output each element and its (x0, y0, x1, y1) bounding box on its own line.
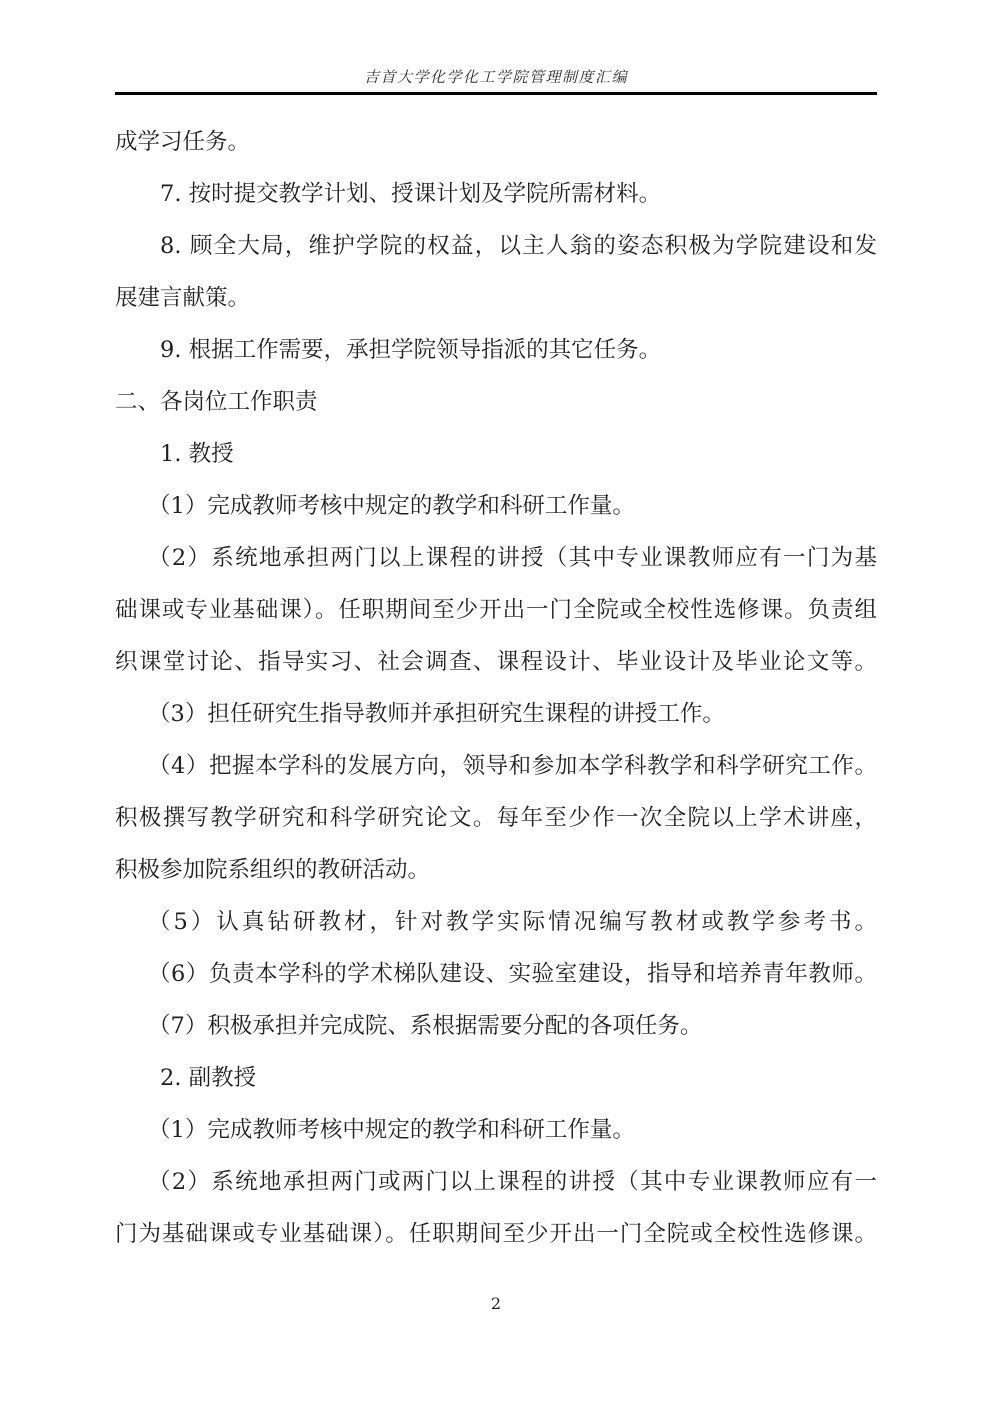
text-line: （5）认真钻研教材，针对教学实际情况编写教材或教学参考书。 (115, 896, 877, 948)
text-line: 门为基础课或专业基础课）。任职期间至少开出一门全院或全校性选修课。 (115, 1208, 877, 1260)
text-line: 2. 副教授 (115, 1052, 877, 1104)
text-line: 7. 按时提交教学计划、授课计划及学院所需材料。 (115, 168, 877, 220)
text-line: 织课堂讨论、指导实习、社会调查、课程设计、毕业设计及毕业论文等。 (115, 636, 877, 688)
document-page: 吉首大学化学化工学院管理制度汇编 成学习任务。7. 按时提交教学计划、授课计划及… (0, 0, 992, 1403)
text-line: 8. 顾全大局，维护学院的权益，以主人翁的姿态积极为学院建设和发 (115, 220, 877, 272)
page-footer: 2 (0, 1294, 992, 1313)
text-line: （4）把握本学科的发展方向，领导和参加本学科教学和科学研究工作。 (115, 740, 877, 792)
text-line: （7）积极承担并完成院、系根据需要分配的各项任务。 (115, 1000, 877, 1052)
text-line: （1）完成教师考核中规定的教学和科研工作量。 (115, 480, 877, 532)
text-line: 积极参加院系组织的教研活动。 (115, 844, 877, 896)
header-title: 吉首大学化学化工学院管理制度汇编 (0, 66, 992, 87)
text-line: （2）系统地承担两门或两门以上课程的讲授（其中专业课教师应有一 (115, 1156, 877, 1208)
text-line: （3）担任研究生指导教师并承担研究生课程的讲授工作。 (115, 688, 877, 740)
text-line: （2）系统地承担两门以上课程的讲授（其中专业课教师应有一门为基 (115, 532, 877, 584)
document-body: 成学习任务。7. 按时提交教学计划、授课计划及学院所需材料。8. 顾全大局，维护… (115, 116, 877, 1260)
text-line: 9. 根据工作需要，承担学院领导指派的其它任务。 (115, 324, 877, 376)
text-line: 二、各岗位工作职责 (115, 376, 877, 428)
header-rule (115, 92, 877, 95)
text-line: （6）负责本学科的学术梯队建设、实验室建设，指导和培养青年教师。 (115, 948, 877, 1000)
text-line: 础课或专业基础课）。任职期间至少开出一门全院或全校性选修课。负责组 (115, 584, 877, 636)
text-line: 展建言献策。 (115, 272, 877, 324)
page-number: 2 (491, 1294, 501, 1313)
text-line: 1. 教授 (115, 428, 877, 480)
text-line: （1）完成教师考核中规定的教学和科研工作量。 (115, 1104, 877, 1156)
text-line: 积极撰写教学研究和科学研究论文。每年至少作一次全院以上学术讲座， (115, 792, 877, 844)
text-line: 成学习任务。 (115, 116, 877, 168)
